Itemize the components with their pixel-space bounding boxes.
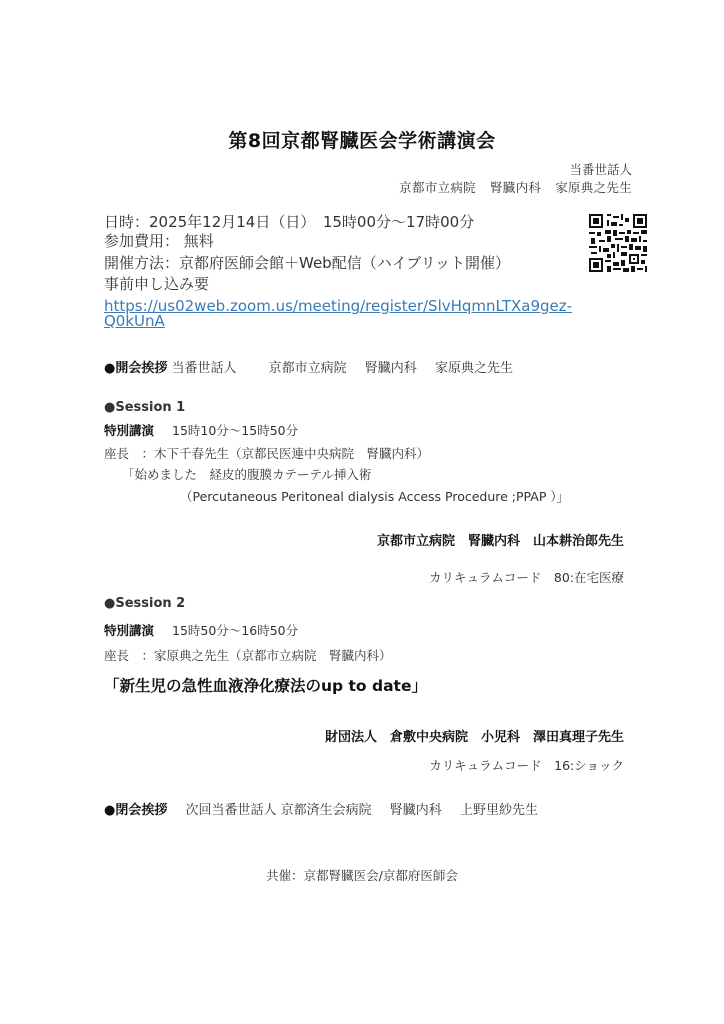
session1-type: 特別講演 (104, 423, 154, 438)
session2-curriculum: カリキュラムコード 16:ショック (429, 756, 624, 774)
session1-heading: ●Session 1 (104, 400, 185, 415)
session2-heading: ●Session 2 (104, 596, 185, 611)
registration-required: 事前申し込み要 (104, 275, 209, 293)
opening-name: 家原典之先生 (435, 361, 513, 376)
host-dept: 腎臓内科 (490, 180, 541, 195)
session2-time: 15時50分～16時50分 (172, 623, 298, 638)
closing-hospital: 京都済生会病院 (281, 803, 372, 818)
session2-chair: 座長 ：家原典之先生（京都市立病院 腎臓内科） (104, 646, 392, 664)
session1-curriculum: カリキュラムコード 80:在宅医療 (429, 568, 624, 586)
session1-talk-subtitle: （Percutaneous Peritoneal dialysis Access… (180, 487, 569, 505)
opening-remarks: ●開会挨拶 当番世話人 京都市立病院 腎臓内科 家原典之先生 (104, 357, 513, 376)
session2-talk-title: 「新生児の急性血液浄化療法のup to date」 (104, 674, 427, 696)
closing-name: 上野里紗先生 (460, 803, 538, 818)
host-role: 当番世話人 (569, 160, 632, 178)
host-hospital: 京都市立病院 (399, 180, 476, 195)
closing-remarks: ●閉会挨拶 次回当番世話人 京都済生会病院 腎臓内科 上野里紗先生 (104, 799, 538, 818)
host-affiliation: 京都市立病院腎臓内科家原典之先生 (399, 178, 632, 196)
co-hosts: 共催：京都腎臓医会/京都府医師会 (0, 866, 724, 884)
page-title: 第8回京都腎臓医会学術講演会 (0, 126, 724, 153)
qr-code-icon[interactable] (587, 212, 649, 274)
session1-lecture: 特別講演 15時10分～15時50分 (104, 421, 298, 439)
session2-speaker: 財団法人 倉敷中央病院 小児科 澤田真理子先生 (325, 726, 624, 745)
opening-role: 当番世話人 (171, 361, 236, 376)
opening-hospital: 京都市立病院 (269, 361, 347, 376)
opening-label: ●開会挨拶 (104, 361, 167, 376)
opening-dept: 腎臓内科 (365, 361, 417, 376)
session2-type: 特別講演 (104, 623, 154, 638)
event-datetime: 日時：2025年12月14日（日） 15時00分～17時00分 (104, 213, 474, 231)
session1-time: 15時10分～15時50分 (172, 423, 298, 438)
closing-role: 次回当番世話人 (185, 803, 276, 818)
closing-dept: 腎臓内科 (390, 803, 442, 818)
session1-chair: 座長 ：木下千春先生（京都民医連中央病院 腎臓内科） (104, 444, 429, 462)
host-name: 家原典之先生 (555, 180, 632, 195)
event-method: 開催方法：京都府医師会館＋Web配信（ハイブリット開催） (104, 254, 510, 272)
session1-speaker: 京都市立病院 腎臓内科 山本耕治郎先生 (377, 530, 624, 549)
registration-link-continued[interactable]: Q0kUnA (104, 313, 165, 329)
closing-label: ●閉会挨拶 (104, 803, 167, 818)
session2-lecture: 特別講演 15時50分～16時50分 (104, 621, 298, 639)
event-fee: 参加費用： 無料 (104, 232, 214, 250)
registration-link[interactable]: https://us02web.zoom.us/meeting/register… (104, 298, 572, 314)
session1-talk-title: 「始めました 経皮的腹膜カテーテル挿入術 (122, 465, 371, 483)
